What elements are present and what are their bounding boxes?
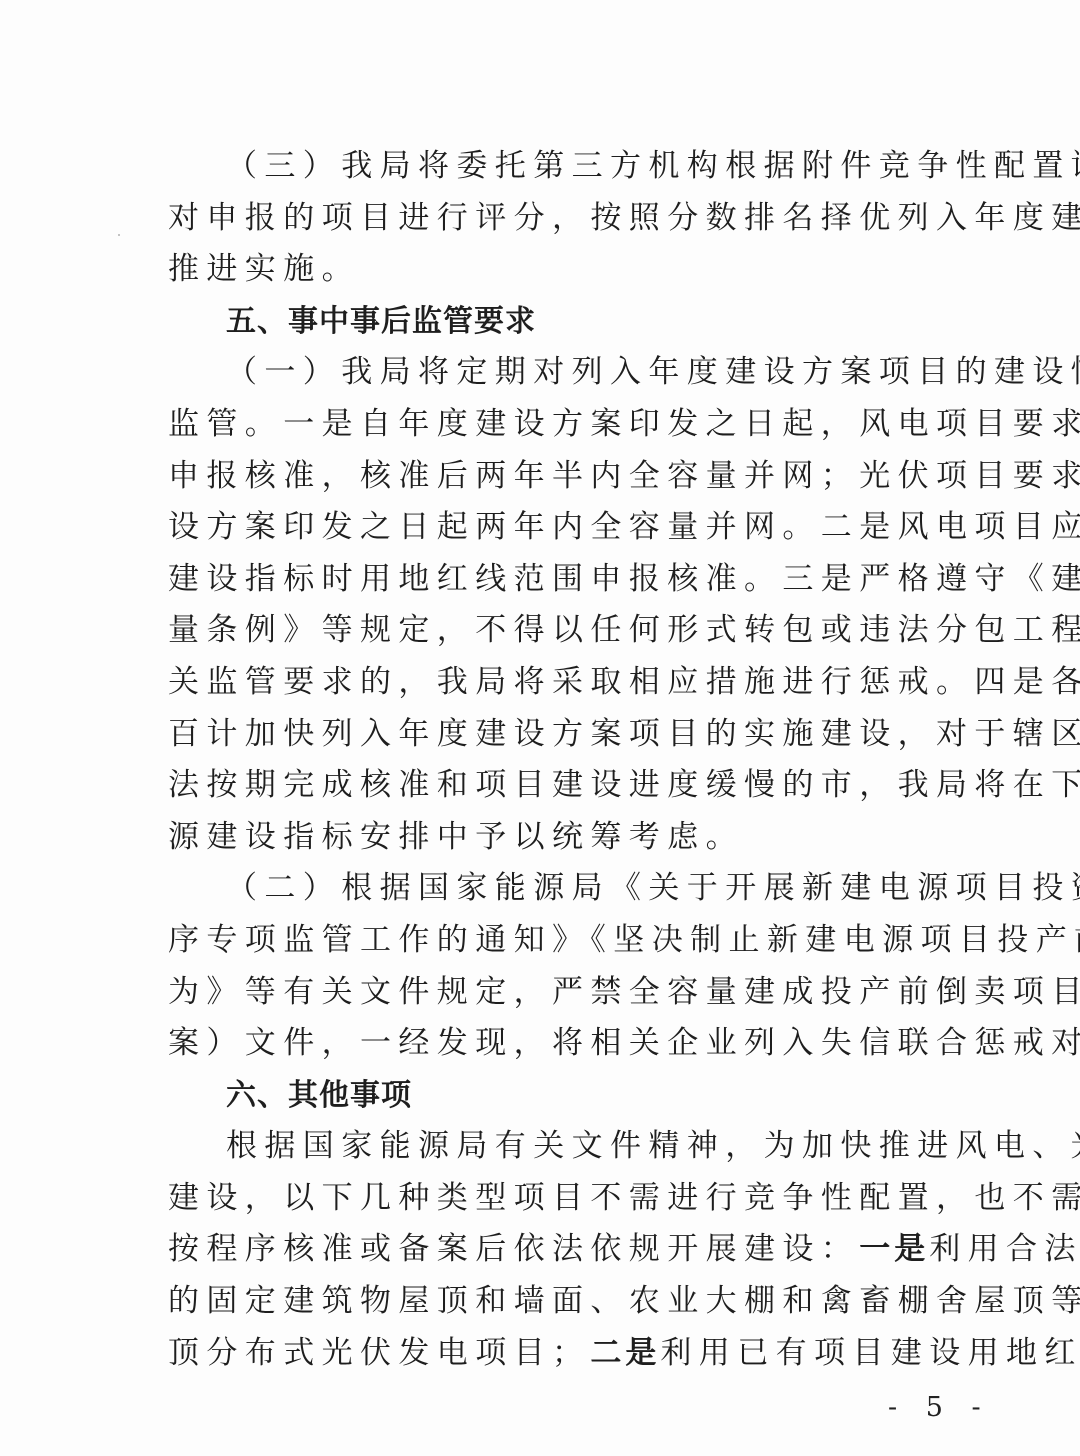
document-body: （三）我局将委托第三方机构根据附件竞争性配置评分办法 对申报的项目进行评分，按照… [168, 141, 952, 1379]
document-page: （三）我局将委托第三方机构根据附件竞争性配置评分办法 对申报的项目进行评分，按照… [0, 0, 1080, 1456]
paragraph-line: 案）文件，一经发现，将相关企业列入失信联合惩戒对象名单。 [168, 1018, 952, 1070]
text-span: 利用已有项目建设用地红线范围内 [660, 1335, 1080, 1371]
paragraph-line: 法按期完成核准和项目建设进度缓慢的市，我局将在下一轮新能 [168, 760, 952, 812]
paragraph-line: 为》等有关文件规定，严禁全容量建成投产前倒卖项目核准（备 [168, 967, 952, 1019]
paragraph-line: 建设指标时用地红线范围申报核准。三是严格遵守《建设工程质 [168, 554, 952, 606]
paragraph-line: 量条例》等规定，不得以任何形式转包或违法分包工程。违反相 [168, 605, 952, 657]
bold-enumeration-marker: 一是 [859, 1231, 929, 1267]
paragraph-line: 监管。一是自年度建设方案印发之日起，风电项目要求 9 个月内 [168, 399, 952, 451]
paragraph-line: 推进实施。 [168, 244, 952, 296]
bold-enumeration-marker: 二是 [590, 1335, 660, 1371]
paragraph-line: 顶分布式光伏发电项目；二是利用已有项目建设用地红线范围内 [168, 1328, 952, 1380]
text-span: 顶分布式光伏发电项目； [168, 1335, 590, 1371]
section-heading-other-matters: 六、其他事项 [168, 1070, 952, 1122]
paragraph-line: 的固定建筑物屋顶和墙面、农业大棚和禽畜棚舍屋顶等建设的屋 [168, 1276, 952, 1328]
paragraph-line: 按程序核准或备案后依法依规开展建设：一是利用合法合规建设 [168, 1224, 952, 1276]
paragraph-line: （一）我局将定期对列入年度建设方案项目的建设情况进行 [168, 347, 952, 399]
paragraph-line: （三）我局将委托第三方机构根据附件竞争性配置评分办法 [168, 141, 952, 193]
paragraph-line: 关监管要求的，我局将采取相应措施进行惩戒。四是各市要千方 [168, 657, 952, 709]
paragraph-line: 设方案印发之日起两年内全容量并网。二是风电项目应按照取得 [168, 502, 952, 554]
text-span: 利用合法合规建设 [929, 1231, 1080, 1267]
paragraph-line: （二）根据国家能源局《关于开展新建电源项目投资开发秩 [168, 863, 952, 915]
paragraph-line: 申报核准，核准后两年半内全容量并网；光伏项目要求自年度建 [168, 451, 952, 503]
paragraph-line: 序专项监管工作的通知》《坚决制止新建电源项目投产前的投机行 [168, 915, 952, 967]
paragraph-line: 根据国家能源局有关文件精神，为加快推进风电、光伏项目 [168, 1121, 952, 1173]
paragraph-line: 建设，以下几种类型项目不需进行竞争性配置，也不需配置储能， [168, 1173, 952, 1225]
paragraph-line: 对申报的项目进行评分，按照分数排名择优列入年度建设方案， [168, 193, 952, 245]
paragraph-line: 源建设指标安排中予以统筹考虑。 [168, 812, 952, 864]
scan-speck [118, 234, 120, 236]
page-number: - 5 - [888, 1392, 991, 1423]
paragraph-line: 百计加快列入年度建设方案项目的实施建设，对于辖区内项目无 [168, 709, 952, 761]
section-heading-supervision: 五、事中事后监管要求 [168, 296, 952, 348]
text-span: 按程序核准或备案后依法依规开展建设： [168, 1231, 859, 1267]
